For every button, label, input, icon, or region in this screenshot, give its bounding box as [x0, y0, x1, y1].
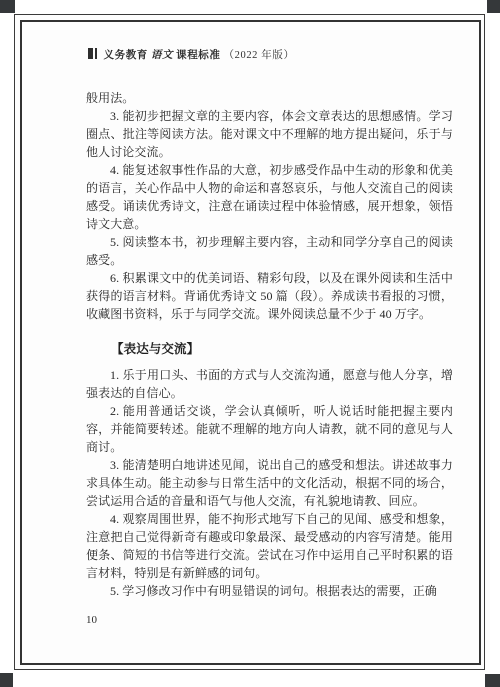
corner-mark-bottom-right — [485, 674, 500, 687]
paragraph-expression-1: 1. 乐于用口头、书面的方式与人交流沟通，愿意与他人分享，增强表达的自信心。 — [86, 366, 453, 402]
paragraph-expression-5: 5. 学习修改习作中有明显错误的词句。根据表达的需要，正确 — [86, 582, 453, 600]
paragraph-expression-2: 2. 能用普通话交谈，学会认真倾听，听人说话时能把握主要内容，并能简要转述。能就… — [86, 402, 453, 456]
paragraph-expression-3: 3. 能清楚明白地讲述见闻，说出自己的感受和想法。讲述故事力求具体生动。能主动参… — [86, 456, 453, 510]
page-number: 10 — [22, 614, 479, 626]
header-subject: 语文 — [151, 50, 173, 61]
page-inner-border: 义务教育语文课程标准（2022 年版） 般用法。 3. 能初步把握文章的主要内容… — [20, 20, 481, 665]
scanned-document-page: 义务教育语文课程标准（2022 年版） 般用法。 3. 能初步把握文章的主要内容… — [0, 0, 500, 687]
paragraph-reading-3: 3. 能初步把握文章的主要内容，体会文章表达的思想感情。学习圈点、批注等阅读方法… — [86, 107, 453, 161]
page-outer-border: 义务教育语文课程标准（2022 年版） 般用法。 3. 能初步把握文章的主要内容… — [14, 14, 485, 670]
corner-mark-top-right — [487, 0, 500, 13]
header-title: 课程标准 — [176, 50, 220, 61]
paragraph-expression-4: 4. 观察周围世界，能不拘形式地写下自己的见闻、感受和想象，注意把自己觉得新奇有… — [86, 510, 453, 582]
header-series: 义务教育 — [104, 50, 148, 61]
section-heading-expression: 【表达与交流】 — [86, 340, 453, 358]
page-content: 义务教育语文课程标准（2022 年版） 般用法。 3. 能初步把握文章的主要内容… — [22, 22, 479, 663]
body-text: 般用法。 3. 能初步把握文章的主要内容，体会文章表达的思想感情。学习圈点、批注… — [22, 89, 479, 600]
paragraph-reading-5: 5. 阅读整本书，初步理解主要内容，主动和同学分享自己的阅读感受。 — [86, 233, 453, 269]
paragraph-continuation: 般用法。 — [86, 89, 453, 107]
corner-mark-top-left — [0, 0, 15, 13]
paragraph-reading-4: 4. 能复述叙事性作品的大意，初步感受作品中生动的形象和优美的语言，关心作品中人… — [86, 161, 453, 233]
corner-mark-bottom-left — [0, 673, 13, 687]
paragraph-reading-6: 6. 积累课文中的优美词语、精彩句段，以及在课外阅读和生活中获得的语言材料。背诵… — [86, 269, 453, 323]
book-logo-icon — [88, 48, 97, 63]
header-edition: （2022 年版） — [224, 50, 295, 61]
running-header: 义务教育语文课程标准（2022 年版） — [22, 22, 479, 63]
